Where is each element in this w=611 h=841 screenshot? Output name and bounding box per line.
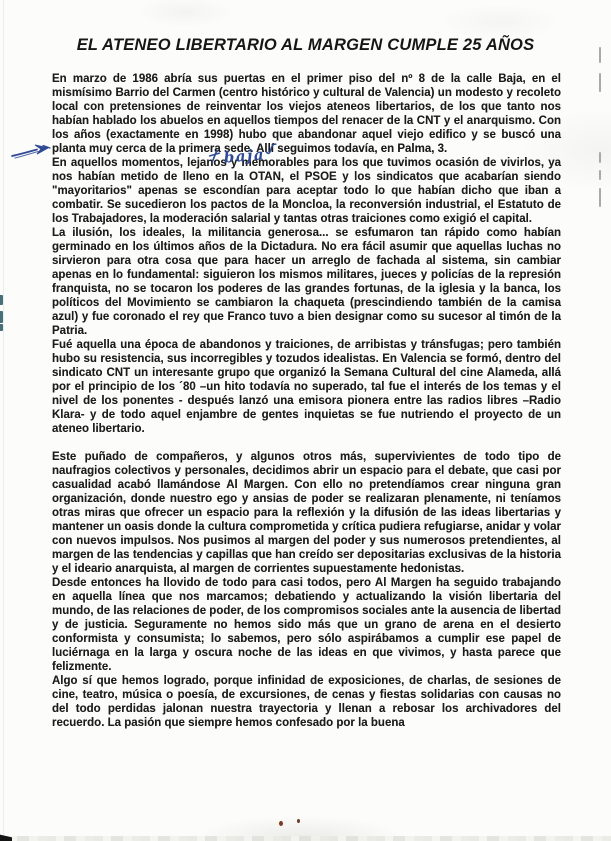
document-body: En marzo de 1986 abría sus puertas en el…	[52, 72, 561, 730]
paragraph: Este puñado de compañeros, y algunos otr…	[52, 450, 561, 576]
scan-mark-right	[599, 73, 601, 92]
scan-mark-left	[0, 324, 3, 331]
paragraph: En marzo de 1986 abría sus puertas en el…	[52, 72, 561, 156]
scan-mark-left	[0, 295, 3, 305]
handwritten-word: baja	[223, 143, 266, 169]
scan-bottom-band	[0, 836, 611, 841]
scanned-page: EL ATENEO LIBERTARIO AL MARGEN CUMPLE 25…	[0, 0, 611, 841]
scan-speck	[297, 819, 300, 823]
scan-mark-left	[0, 311, 3, 323]
scan-mark-right	[599, 188, 601, 207]
scan-mark-right	[599, 47, 601, 63]
scan-mark-right	[599, 170, 601, 180]
scan-left-edge-line	[3, 0, 4, 841]
check-flourish-icon	[265, 143, 279, 158]
page-title: EL ATENEO LIBERTARIO AL MARGEN CUMPLE 25…	[0, 36, 611, 55]
scan-corner-mark	[0, 833, 12, 841]
scan-mark-right	[599, 152, 601, 163]
paragraph: Algo sí que hemos logrado, porque infini…	[52, 674, 561, 730]
paragraph: Fué aquella una época de abandonos y tra…	[52, 338, 561, 436]
insertion-caret-icon	[207, 147, 223, 166]
scan-speck	[279, 821, 283, 826]
paragraph: Desde entonces ha llovido de todo para c…	[52, 576, 561, 674]
handwritten-margin-arrow-icon	[10, 140, 52, 162]
paragraph: La ilusión, los ideales, la militancia g…	[52, 226, 561, 338]
paragraph: En aquellos momentos, lejanos y memorabl…	[52, 156, 561, 226]
